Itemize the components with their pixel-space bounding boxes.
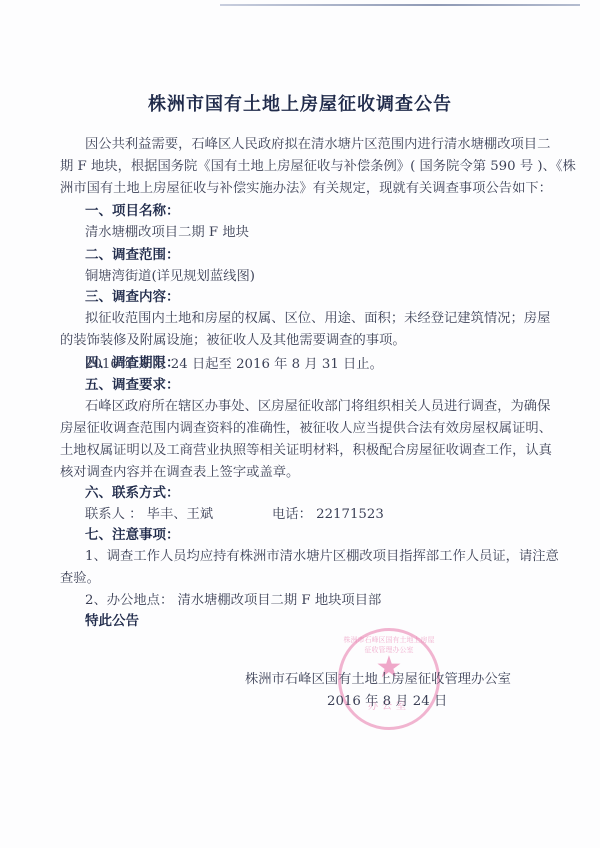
- section-heading-contact: 六、联系方式：: [85, 481, 180, 501]
- content-line-2: 的装饰装修及附属设施；被征收人及其他需要调查的事项。: [60, 329, 406, 348]
- requirements-line-1: 石峰区政府所在辖区办事处、区房屋征收部门将组织相关人员进行调查，为确保: [85, 395, 550, 414]
- section-heading-scope: 二、调查范围：: [85, 243, 180, 263]
- signature-organization: 株洲市石峰区国有土地上房屋征收管理办公室: [245, 668, 511, 687]
- notes-line-3: 2、办公地点： 清水塘棚改项目二期 F 地块项目部: [85, 589, 381, 608]
- intro-line-3: 洲市国有土地上房屋征收与补偿实施办法》有关规定，现就有关调查事项公告如下：: [60, 177, 552, 196]
- requirements-line-3: 土地权属证明以及工商营业执照等相关证明材料，积极配合房屋征收调查工作，认真: [60, 439, 552, 458]
- notes-line-2: 查验。: [60, 567, 100, 586]
- section-heading-content: 三、调查内容：: [85, 285, 180, 305]
- intro-line-1: 因公共利益需要，石峰区人民政府拟在清水塘片区范围内进行清水塘棚改项目二: [85, 133, 550, 152]
- period-text: 2016 年 8 月 24 日起至 2016 年 8 月 31 日止。: [85, 353, 383, 372]
- intro-line-2: 期 F 地块，根据国务院《国有土地上房屋征收与补偿条例》( 国务院令第 590 …: [60, 155, 576, 174]
- scope-text: 铜塘湾街道(详见规划蓝线图): [85, 265, 255, 284]
- closing-text: 特此公告: [85, 609, 139, 629]
- content-line-1: 拟征收范围内土地和房屋的权属、区位、用途、面积；未经登记建筑情况；房屋: [85, 307, 550, 326]
- notes-line-1: 1、调查工作人员均应持有株洲市清水塘片区棚改项目指挥部工作人员证，请注意: [85, 545, 559, 564]
- document-title: 株洲市国有土地上房屋征收调查公告: [0, 90, 600, 116]
- requirements-line-2: 房屋征收调查范围内调查资料的准确性，被征收人应当提供合法有效房屋权属证明、: [60, 417, 552, 436]
- section-heading-project-name: 一、项目名称：: [85, 199, 180, 219]
- project-name-text: 清水塘棚改项目二期 F 地块: [85, 221, 249, 240]
- section-heading-notes: 七、注意事项：: [85, 523, 180, 543]
- section-heading-requirements: 五、调查要求：: [85, 373, 180, 393]
- contact-persons: 联系人 ： 毕丰、王斌: [85, 503, 213, 522]
- contact-phone: 电话： 22171523: [272, 503, 384, 522]
- scan-edge-line: [220, 4, 580, 6]
- signature-date: 2016 年 8 月 24 日: [327, 690, 447, 709]
- requirements-line-4: 核对调查内容并在调查表上签字或盖章。: [60, 461, 299, 480]
